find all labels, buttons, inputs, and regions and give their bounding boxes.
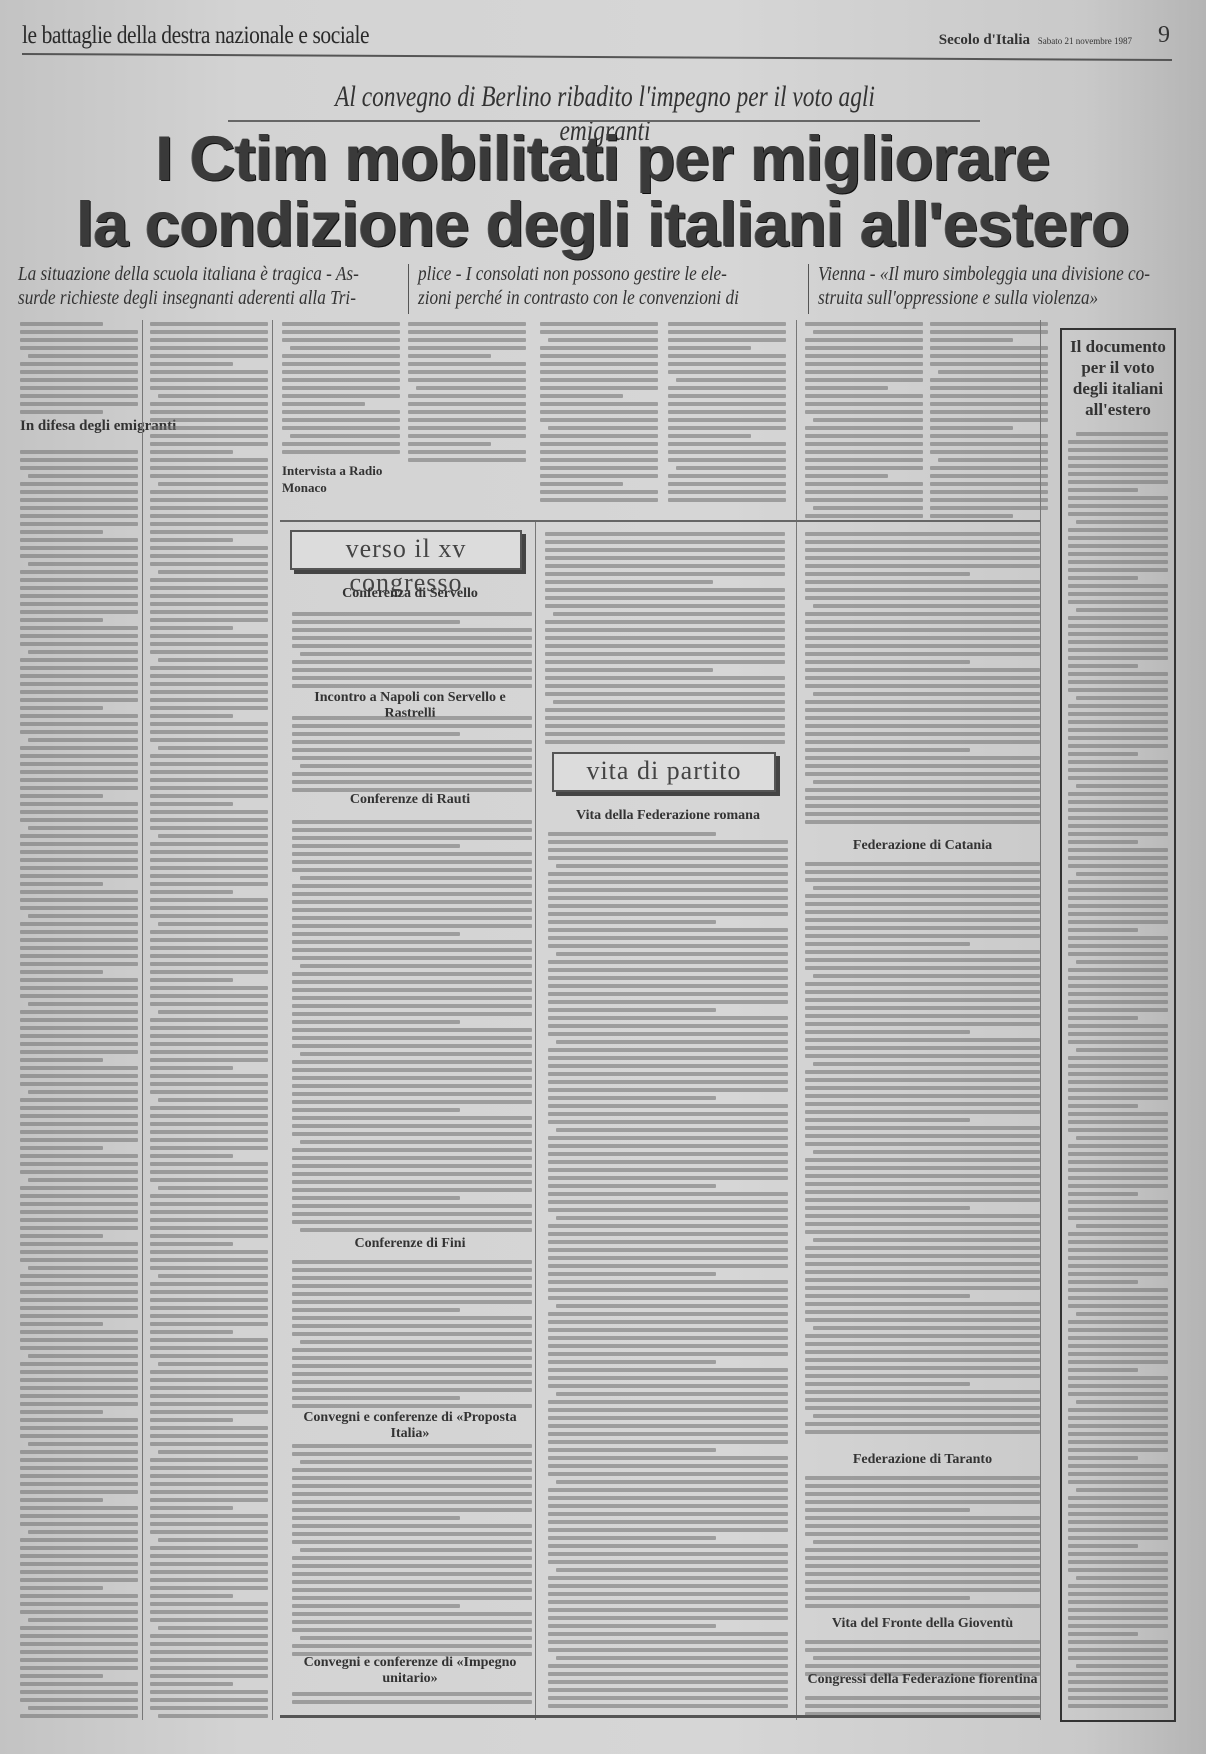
text-line	[158, 1362, 268, 1366]
text-line	[1068, 624, 1168, 628]
text-line	[805, 474, 888, 478]
text-line	[1068, 1496, 1168, 1500]
text-line	[556, 864, 788, 868]
text-line	[548, 1624, 716, 1628]
deck-separator	[408, 264, 409, 314]
text-line	[1068, 976, 1168, 980]
text-line	[805, 1572, 1040, 1576]
text-line	[290, 346, 400, 350]
deck-3-line-2: struita sull'oppressione e sulla violenz…	[818, 286, 1150, 310]
text-line	[150, 1442, 268, 1446]
text-line	[805, 1524, 1040, 1528]
text-line	[292, 732, 460, 736]
text-line	[1068, 1648, 1168, 1652]
text-line	[548, 1560, 788, 1564]
text-line	[282, 322, 400, 326]
text-line	[676, 466, 786, 470]
text-line	[548, 1456, 788, 1460]
text-line	[1068, 528, 1168, 532]
text-line	[668, 450, 786, 454]
text-line	[1068, 576, 1138, 580]
text-line	[292, 620, 460, 624]
text-line	[20, 1586, 103, 1590]
text-line	[548, 1688, 788, 1692]
text-line	[20, 1370, 138, 1374]
text-line	[28, 1618, 138, 1622]
text-line	[158, 394, 268, 398]
text-line	[20, 506, 138, 510]
text-line	[805, 346, 923, 350]
text-line	[28, 354, 138, 358]
text-line	[150, 794, 268, 798]
text-line	[805, 1334, 1040, 1338]
text-line	[158, 1450, 268, 1454]
text-line	[292, 1276, 532, 1280]
text-line	[150, 1466, 268, 1470]
text-line	[1068, 1520, 1168, 1524]
text-line	[20, 1074, 138, 1078]
text-line	[150, 866, 268, 870]
text-line	[805, 354, 923, 358]
text-line	[1068, 1112, 1168, 1116]
text-line	[1068, 776, 1168, 780]
text-line	[1068, 464, 1168, 468]
text-line	[150, 706, 268, 710]
text-line	[1068, 720, 1168, 724]
text-line	[668, 490, 786, 494]
text-line	[292, 1356, 532, 1360]
text-line	[805, 442, 923, 446]
text-line	[28, 1706, 138, 1710]
text-line	[545, 556, 785, 560]
text-line	[1068, 768, 1168, 772]
text-line	[1068, 1304, 1168, 1308]
text-line	[20, 410, 103, 414]
text-line	[813, 604, 1040, 608]
text-line	[292, 1172, 532, 1176]
text-line	[1068, 1368, 1138, 1372]
text-line	[548, 1424, 788, 1428]
text-line	[813, 1238, 1040, 1242]
text-line	[805, 1318, 1040, 1322]
text-line	[282, 330, 400, 334]
text-line	[1068, 1360, 1168, 1364]
text-line	[1068, 728, 1168, 732]
text-line	[1068, 568, 1168, 572]
text-line	[408, 442, 491, 446]
text-line	[805, 748, 970, 752]
text-line	[805, 636, 1040, 640]
text-line	[1068, 816, 1168, 820]
text-line	[545, 540, 785, 544]
text-line	[1068, 1256, 1168, 1260]
text-line	[805, 1696, 1040, 1700]
text-line	[805, 338, 923, 342]
deck-2: plice - I consolati non possono gestire …	[418, 262, 739, 314]
text-line	[150, 1394, 268, 1398]
text-line	[1068, 504, 1168, 508]
text-line	[20, 642, 138, 646]
text-line	[150, 1458, 268, 1462]
text-line	[805, 1358, 1040, 1362]
text-line	[20, 1242, 138, 1246]
text-line	[20, 722, 138, 726]
text-line	[1068, 1040, 1168, 1044]
text-line	[805, 942, 970, 946]
text-line	[540, 434, 658, 438]
text-line	[20, 706, 103, 710]
text-line	[545, 668, 713, 672]
text-line	[805, 1118, 970, 1122]
text-line	[20, 882, 103, 886]
decks: La situazione della scuola italiana è tr…	[18, 262, 1188, 314]
text-line	[548, 1664, 788, 1668]
text-line	[20, 1506, 138, 1510]
text-line	[150, 1570, 268, 1574]
heading-federazione-fiorentina: Congressi della Federazione fiorentina	[805, 1672, 1040, 1688]
text-line	[292, 772, 532, 776]
text-line	[20, 610, 138, 614]
text-line	[20, 1386, 138, 1390]
text-line	[150, 874, 268, 878]
text-line	[20, 1154, 138, 1158]
text-line	[1068, 1384, 1168, 1388]
text-line	[292, 956, 532, 960]
text-line	[1068, 1032, 1168, 1036]
text-line	[548, 984, 788, 988]
text-line	[150, 850, 268, 854]
text-line	[150, 1242, 233, 1246]
text-line	[1068, 1184, 1168, 1188]
text-line	[20, 850, 138, 854]
text-line	[1068, 1120, 1168, 1124]
text-line	[292, 980, 532, 984]
text-line	[805, 1476, 1040, 1480]
text-line	[1068, 1344, 1168, 1348]
text-line	[292, 1300, 532, 1304]
text-line	[1076, 1664, 1168, 1668]
text-line	[20, 842, 138, 846]
text-line	[1068, 440, 1168, 444]
text-line	[805, 1564, 1040, 1568]
text-line	[150, 586, 268, 590]
text-line	[20, 362, 138, 366]
text-line	[930, 506, 1048, 510]
text-line	[20, 1546, 138, 1550]
text-line	[292, 1196, 460, 1200]
text-line	[1068, 544, 1168, 548]
text-line	[20, 1146, 103, 1150]
text-line	[548, 1432, 788, 1436]
text-line	[540, 322, 658, 326]
text-line	[20, 1058, 103, 1062]
text-line	[292, 1540, 532, 1544]
text-line	[1068, 1288, 1168, 1292]
text-line	[548, 1544, 788, 1548]
text-line	[150, 770, 268, 774]
text-line	[813, 974, 1040, 978]
text-line	[20, 682, 138, 686]
text-line	[805, 910, 1040, 914]
text-line	[20, 1106, 138, 1110]
text-line	[20, 1138, 138, 1142]
text-line	[292, 1700, 532, 1704]
text-line	[545, 692, 785, 696]
text-line	[292, 1332, 532, 1336]
text-line	[158, 1274, 268, 1278]
text-line	[668, 418, 786, 422]
text-line	[548, 1352, 788, 1356]
text-line	[805, 660, 970, 664]
text-line	[292, 1124, 532, 1128]
text-line	[556, 1040, 788, 1044]
text-line	[282, 338, 400, 342]
text-line	[805, 1262, 1040, 1266]
page-number: 9	[1158, 22, 1170, 49]
text-line	[150, 346, 268, 350]
text-line	[292, 892, 532, 896]
text-line	[150, 1642, 268, 1646]
text-line	[20, 1122, 138, 1126]
text-line	[292, 1068, 532, 1072]
text-line	[20, 1642, 138, 1646]
text-line	[20, 1490, 138, 1494]
text-line	[20, 554, 138, 558]
text-line	[20, 1410, 103, 1414]
text-line	[1068, 1600, 1168, 1604]
text-line	[20, 538, 138, 542]
text-line	[20, 394, 138, 398]
text-line	[150, 954, 268, 958]
text-line	[150, 498, 268, 502]
text-line	[20, 1474, 138, 1478]
text-line	[150, 1562, 268, 1566]
text-line	[1068, 1512, 1168, 1516]
text-line	[408, 418, 526, 422]
text-line	[548, 920, 716, 924]
text-line	[805, 1006, 1040, 1010]
deck-separator	[808, 264, 809, 314]
heading-servello: Conferenza di Servello	[290, 586, 530, 602]
text-line	[150, 842, 268, 846]
text-line	[805, 1094, 1040, 1098]
text-line	[540, 482, 623, 486]
text-line	[292, 1532, 532, 1536]
text-line	[1068, 904, 1168, 908]
text-line	[930, 434, 1048, 438]
text-line	[150, 626, 233, 630]
text-line	[292, 932, 460, 936]
text-line	[548, 1152, 788, 1156]
text-line	[158, 1098, 268, 1102]
text-line	[20, 962, 138, 966]
text-line	[150, 554, 268, 558]
text-line	[668, 426, 786, 430]
text-line	[150, 522, 268, 526]
text-line	[1068, 512, 1168, 516]
text-line	[150, 1610, 268, 1614]
text-line	[292, 1468, 532, 1472]
text-line	[813, 1150, 1040, 1154]
text-line	[1068, 1640, 1168, 1644]
text-line	[292, 1364, 532, 1368]
text-line	[20, 1346, 138, 1350]
text-line	[150, 1194, 268, 1198]
text-line	[292, 1396, 460, 1400]
text-line	[20, 1466, 138, 1470]
section-label: le battaglie della destra nazionale e so…	[22, 22, 369, 50]
text-line	[150, 546, 268, 550]
text-line	[150, 778, 268, 782]
text-line	[20, 458, 138, 462]
text-line	[20, 786, 138, 790]
text-line	[20, 874, 138, 878]
text-line	[20, 1418, 138, 1422]
text-line	[668, 410, 786, 414]
text-line	[805, 1142, 1040, 1146]
text-line	[548, 1080, 788, 1084]
text-line	[1068, 952, 1168, 956]
text-line	[805, 1484, 1040, 1488]
text-line	[300, 1228, 532, 1232]
text-line	[292, 1620, 532, 1624]
text-line	[1068, 1536, 1168, 1540]
text-line	[408, 402, 526, 406]
text-line	[292, 1580, 532, 1584]
text-line	[28, 1178, 138, 1182]
text-line	[1068, 1472, 1168, 1476]
text-line	[548, 832, 716, 836]
text-line	[548, 1552, 788, 1556]
text-line	[150, 762, 268, 766]
text-line	[282, 442, 400, 446]
deck-3: Vienna - «Il muro simboleggia una divisi…	[818, 262, 1150, 314]
text-line	[805, 1254, 1040, 1258]
text-line	[805, 1126, 1040, 1130]
text-line	[545, 740, 785, 744]
text-line	[805, 1206, 970, 1210]
text-line	[548, 1448, 716, 1452]
text-line	[1068, 1000, 1168, 1004]
text-line	[20, 818, 138, 822]
text-line	[1068, 560, 1168, 564]
text-line	[150, 1354, 268, 1358]
text-line	[150, 1522, 268, 1526]
text-line	[1068, 1504, 1168, 1508]
text-line	[150, 434, 268, 438]
text-line	[668, 474, 786, 478]
text-line	[1068, 1416, 1168, 1420]
text-line	[20, 658, 138, 662]
text-line	[292, 788, 532, 792]
text-line	[292, 924, 532, 928]
text-line	[1068, 1208, 1168, 1212]
text-line	[805, 1038, 1040, 1042]
text-line	[548, 1112, 788, 1116]
text-line	[805, 556, 1040, 560]
text-line	[408, 330, 526, 334]
text-line	[150, 882, 268, 886]
article-column-6	[668, 320, 786, 510]
text-line	[930, 330, 1048, 334]
text-line	[668, 354, 786, 358]
text-line	[150, 1298, 268, 1302]
text-line	[292, 1444, 532, 1448]
text-line	[20, 1602, 138, 1606]
text-line	[20, 1610, 138, 1614]
text-line	[150, 1170, 268, 1174]
text-line	[150, 1386, 268, 1390]
text-line	[20, 898, 138, 902]
text-line	[548, 1032, 788, 1036]
text-line	[1068, 1624, 1168, 1628]
text-line	[20, 890, 138, 894]
text-line	[20, 754, 138, 758]
text-line	[540, 458, 658, 462]
text-line	[20, 1698, 138, 1702]
text-line	[408, 458, 526, 462]
text-line	[150, 698, 268, 702]
text-line	[150, 418, 268, 422]
text-line	[292, 1476, 532, 1480]
text-line	[20, 762, 138, 766]
text-line	[930, 498, 1048, 502]
text-line	[548, 1136, 788, 1140]
text-line	[1068, 1056, 1168, 1060]
text-line	[1076, 1576, 1168, 1580]
text-line	[548, 1496, 788, 1500]
text-line	[805, 756, 1040, 760]
text-line	[150, 378, 268, 382]
text-line	[805, 458, 923, 462]
text-line	[292, 1076, 532, 1080]
text-line	[1068, 472, 1168, 476]
text-line	[20, 810, 138, 814]
text-line	[20, 370, 138, 374]
text-line	[150, 1210, 268, 1214]
text-line	[28, 1530, 138, 1534]
text-line	[20, 386, 138, 390]
text-line	[805, 1588, 1040, 1592]
text-line	[292, 1036, 532, 1040]
text-line	[805, 1198, 1040, 1202]
text-line	[150, 1498, 268, 1502]
text-line	[1068, 1168, 1168, 1172]
text-line	[292, 660, 532, 664]
text-line	[292, 1060, 532, 1064]
text-line	[20, 586, 138, 590]
text-line	[548, 1016, 788, 1020]
text-line	[548, 1232, 788, 1236]
text-line	[292, 1524, 532, 1528]
text-line	[545, 732, 785, 736]
text-line	[805, 1516, 1040, 1520]
text-line	[300, 1548, 532, 1552]
party-listings-roma	[548, 830, 788, 1710]
text-line	[545, 644, 785, 648]
text-line	[292, 1372, 532, 1376]
text-line	[805, 926, 1040, 930]
text-line	[805, 1604, 1040, 1608]
text-line	[292, 1180, 532, 1184]
text-line	[805, 1580, 1040, 1584]
text-line	[1076, 960, 1168, 964]
text-line	[150, 1122, 268, 1126]
text-line	[20, 986, 138, 990]
text-line	[548, 1256, 788, 1260]
text-line	[20, 482, 138, 486]
text-line	[20, 330, 138, 334]
